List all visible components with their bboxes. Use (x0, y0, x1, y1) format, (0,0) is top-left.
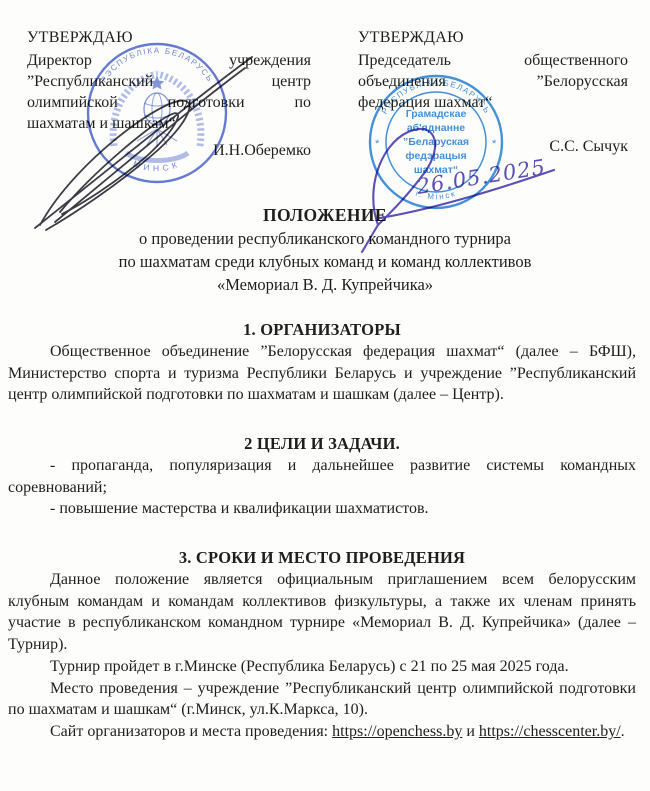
section-heading: 3. СРОКИ И МЕСТО ПРОВЕДЕНИЯ (8, 547, 636, 569)
approval-line: шахматам и шашкам“ (27, 113, 311, 134)
document-subtitle: «Мемориал В. Д. Купрейчика» (0, 273, 650, 296)
approval-line: ”Республиканский центр (27, 71, 311, 92)
approval-label: УТВЕРЖДАЮ (27, 27, 311, 48)
approval-line: Председатель общественного (358, 50, 628, 71)
stamp-center-line: шахмат“ (414, 164, 458, 176)
paragraph-with-links: Сайт организаторов и места проведения: h… (8, 721, 636, 743)
signer-name: С.С. Сычук (358, 136, 628, 157)
document-subtitle: по шахматам среди клубных команд и коман… (0, 250, 650, 273)
paragraph: - повышение мастерства и квалификации ша… (8, 498, 636, 520)
approval-line: олимпийской подготовки по (27, 92, 311, 113)
paragraph: Общественное объединение ”Белорусская фе… (8, 341, 636, 406)
handwritten-date: 26.05.2025 (414, 155, 547, 199)
paragraph: - пропаганда, популяризация и дальнейшее… (8, 455, 636, 498)
title-block: ПОЛОЖЕНИЕ о проведении республиканского … (0, 204, 650, 296)
venue-site-link[interactable]: https://chesscenter.by/ (479, 723, 621, 740)
approval-label: УТВЕРЖДАЮ (358, 27, 628, 48)
paragraph: Турнир пройдет в г.Минске (Республика Бе… (8, 656, 636, 678)
paragraph: Место проведения – учреждение ”Республик… (8, 678, 636, 721)
approval-line: объединения ”Белорусская (358, 71, 628, 92)
section-heading: 1. ОРГАНИЗАТОРЫ (8, 319, 636, 341)
approval-line: федерация шахмат“ (358, 92, 628, 113)
section-goals: 2 ЦЕЛИ И ЗАДАЧИ. - пропаганда, популяриз… (8, 433, 636, 520)
paragraph-text: Сайт организаторов и места проведения: (50, 723, 332, 740)
svg-text:г. Мінск: г. Мінск (414, 189, 457, 202)
paragraph-text: и (462, 723, 479, 740)
stamp-ring-text-bottom: г. Мінск (414, 189, 457, 202)
signer-name: И.Н.Оберемко (27, 140, 311, 161)
section-heading: 2 ЦЕЛИ И ЗАДАЧИ. (8, 433, 636, 455)
paragraph: Данное положение является официальным пр… (8, 569, 636, 656)
paragraph-text: . (621, 723, 625, 740)
document-title: ПОЛОЖЕНИЕ (0, 204, 650, 227)
section-dates-venue: 3. СРОКИ И МЕСТО ПРОВЕДЕНИЯ Данное полож… (8, 547, 636, 743)
approval-line: Директор учреждения (27, 50, 311, 71)
document-subtitle: о проведении республиканского командного… (0, 227, 650, 250)
organizer-site-link[interactable]: https://openchess.by (332, 723, 462, 740)
approval-block-left: УТВЕРЖДАЮ Директор учреждения ”Республик… (27, 27, 311, 161)
document-page: УТВЕРЖДАЮ Директор учреждения ”Республик… (0, 0, 650, 791)
approval-block-right: УТВЕРЖДАЮ Председатель общественного объ… (358, 27, 628, 157)
section-organizers: 1. ОРГАНИЗАТОРЫ Общественное объединение… (8, 319, 636, 406)
